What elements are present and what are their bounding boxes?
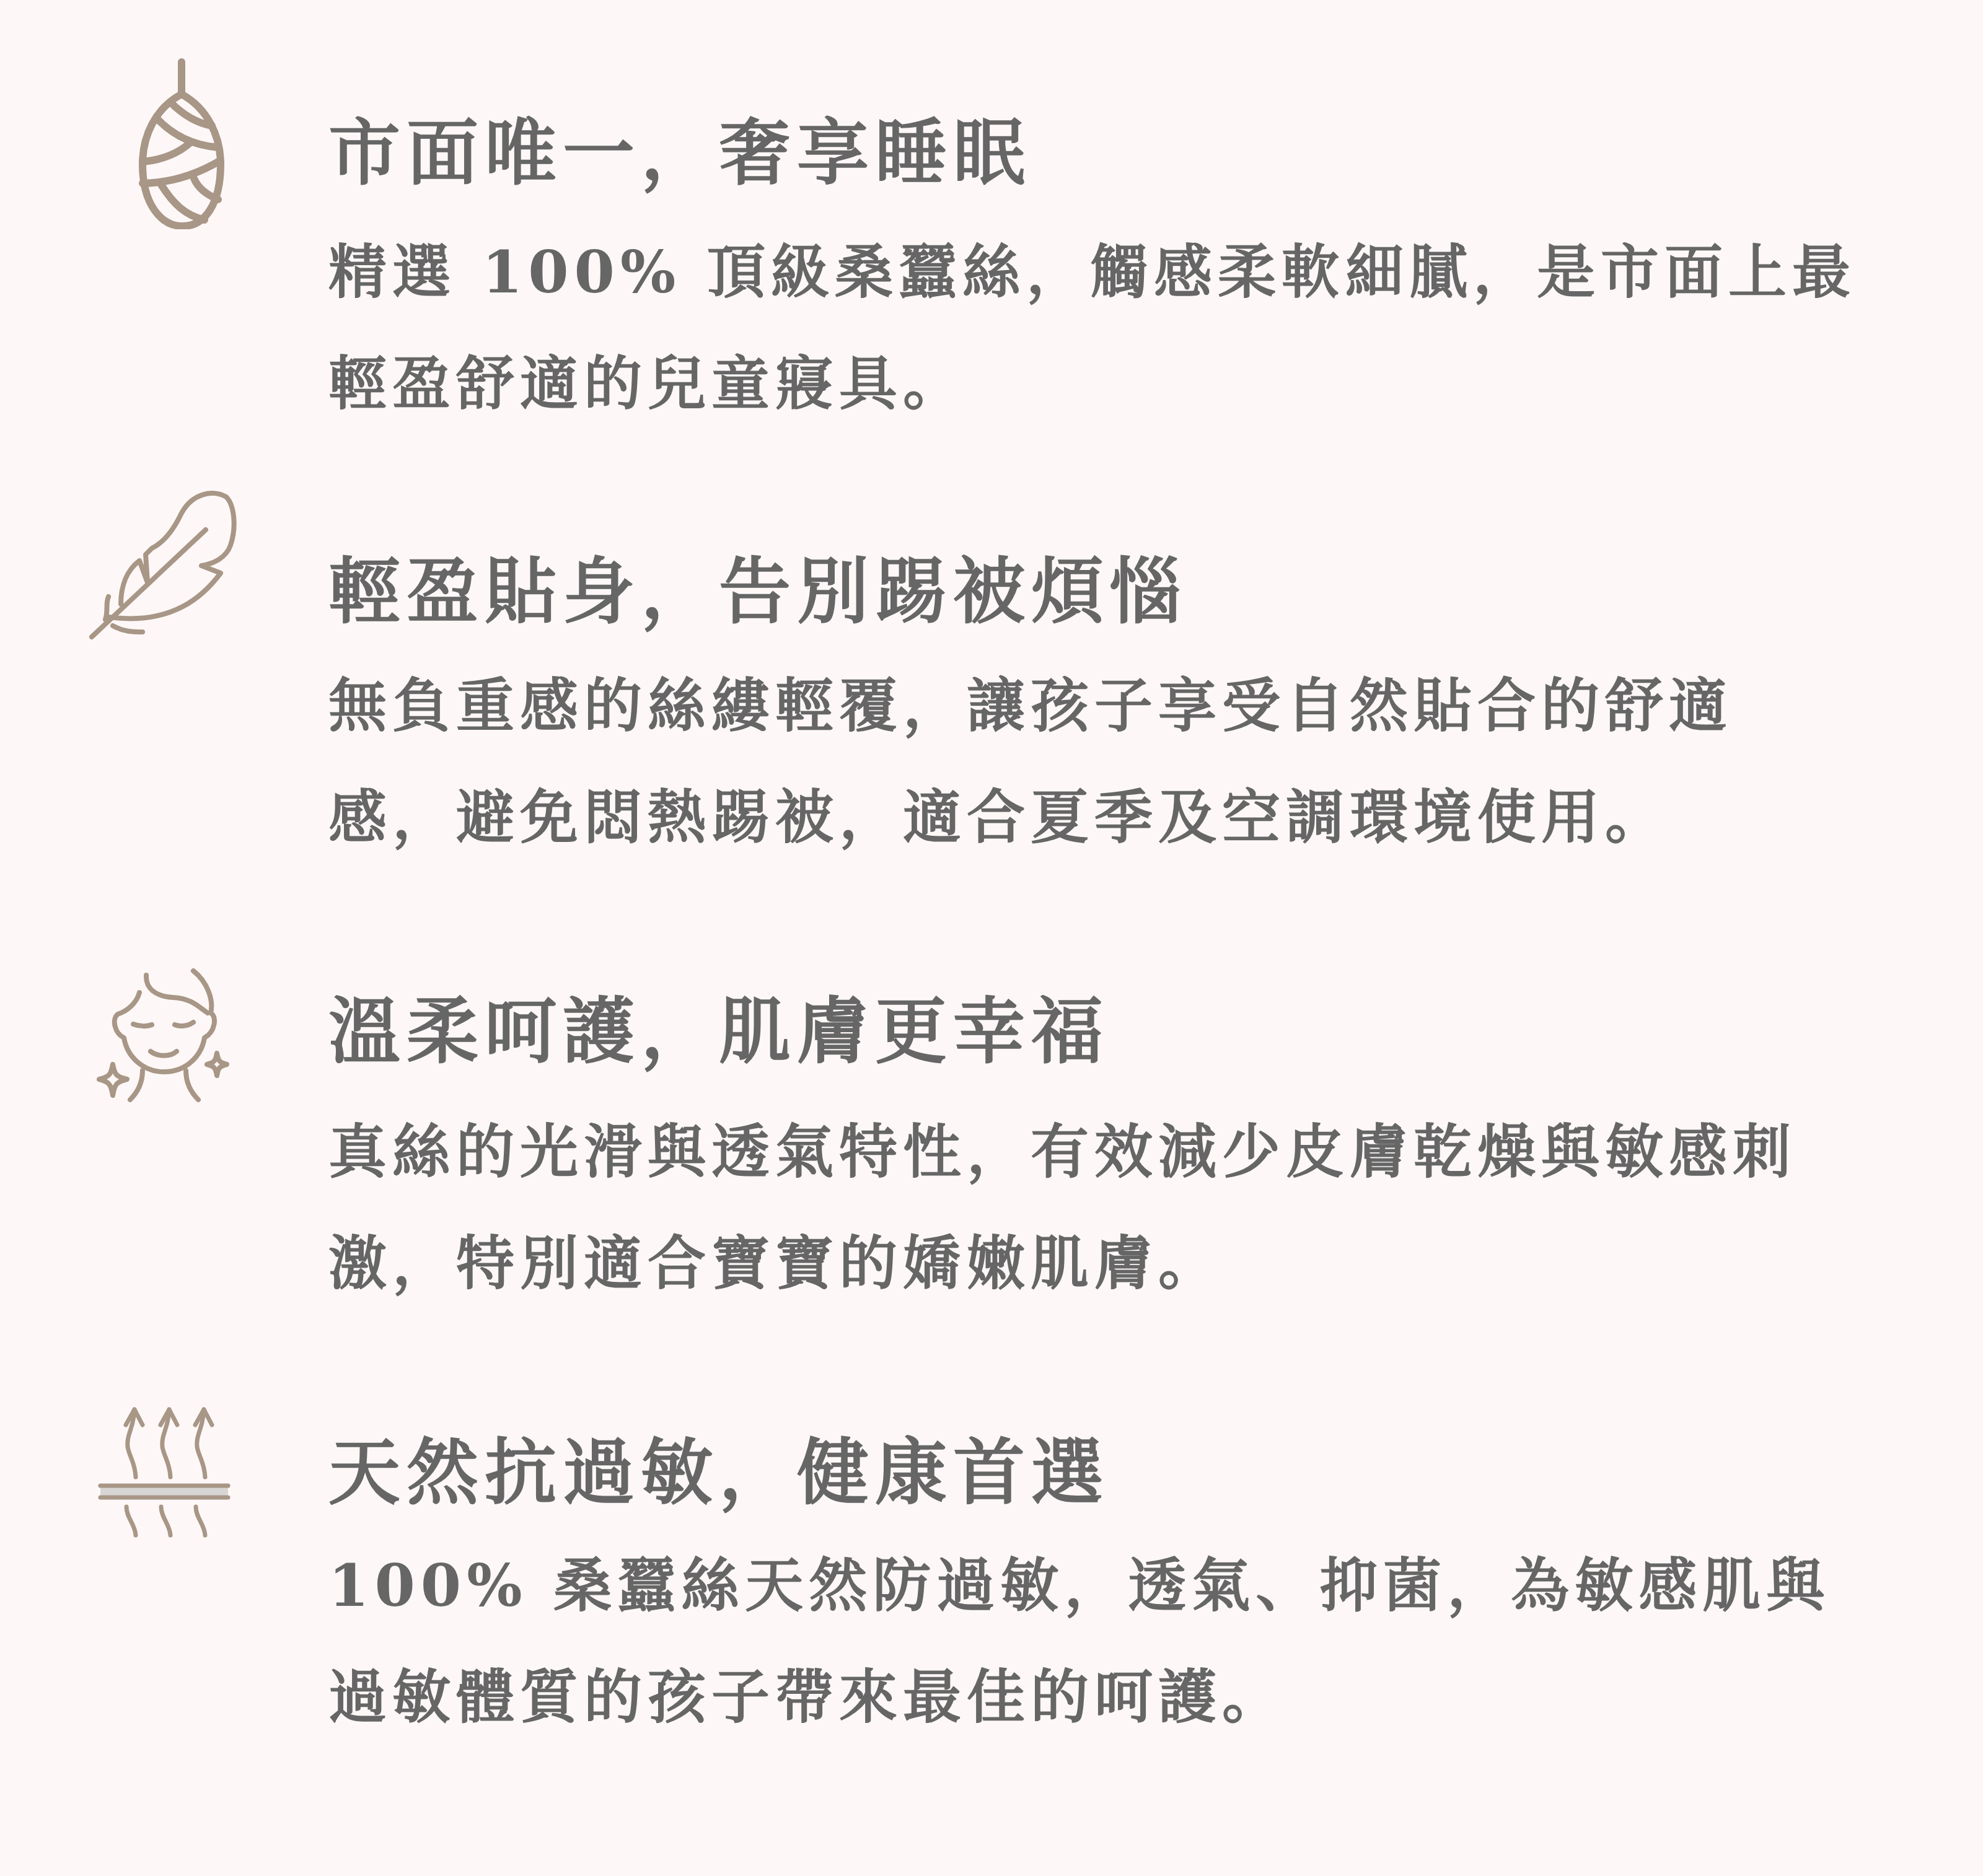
breathable-fabric-icon: [87, 1394, 242, 1549]
description-line: 無負重感的絲縷輕覆，讓孩子享受自然貼合的舒適: [328, 651, 1733, 762]
description-line: 激，特別適合寶寶的嬌嫩肌膚。: [328, 1208, 1796, 1320]
feature-title: 溫柔呵護，肌膚更幸福: [328, 991, 1109, 1072]
silk-cocoon-icon: [81, 56, 254, 229]
description-line: 100% 桑蠶絲天然防過敏，透氣、抑菌，為敏感肌與: [328, 1530, 1830, 1642]
feature-title: 輕盈貼身，告別踢被煩惱: [328, 551, 1187, 632]
feature-description: 100% 桑蠶絲天然防過敏，透氣、抑菌，為敏感肌與 過敏體質的孩子帶來最佳的呵護…: [328, 1530, 1830, 1753]
feature-title: 天然抗過敏，健康首選: [328, 1432, 1109, 1513]
description-line: 過敏體質的孩子帶來最佳的呵護。: [328, 1642, 1830, 1753]
description-line: 真絲的光滑與透氣特性，有效減少皮膚乾燥與敏感刺: [328, 1097, 1796, 1208]
feature-description: 無負重感的絲縷輕覆，讓孩子享受自然貼合的舒適 感，避免悶熱踢被，適合夏季及空調環…: [328, 651, 1733, 874]
glowing-skin-face-icon: [87, 954, 242, 1115]
description-line: 感，避免悶熱踢被，適合夏季及空調環境使用。: [328, 762, 1733, 874]
feature-title: 市面唯一，奢享睡眠: [328, 113, 1031, 193]
description-line: 輕盈舒適的兒童寢具。: [328, 328, 1856, 440]
description-line: 精選 100% 頂級桑蠶絲，觸感柔軟細膩，是市面上最: [328, 217, 1856, 328]
feature-description: 精選 100% 頂級桑蠶絲，觸感柔軟細膩，是市面上最 輕盈舒適的兒童寢具。: [328, 217, 1856, 440]
feature-description: 真絲的光滑與透氣特性，有效減少皮膚乾燥與敏感刺 激，特別適合寶寶的嬌嫩肌膚。: [328, 1097, 1796, 1320]
feather-icon: [74, 477, 248, 651]
